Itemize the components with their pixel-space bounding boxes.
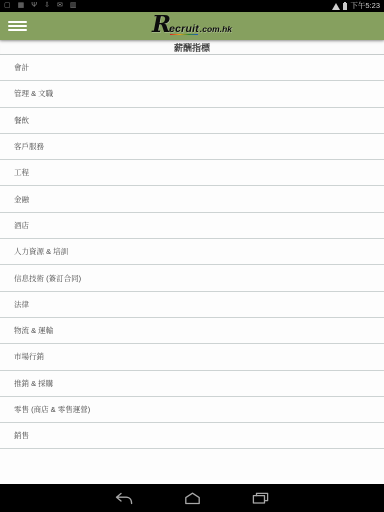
list-item-14[interactable]: 銷售 xyxy=(0,423,384,449)
recents-icon xyxy=(252,492,269,505)
list-item-label: 推銷 & 採購 xyxy=(14,378,53,389)
list-item-label: 銷售 xyxy=(14,430,29,441)
list-item-8[interactable]: 信息技術 (簽訂合同) xyxy=(0,265,384,291)
list-item-label: 金融 xyxy=(14,194,29,205)
grid-icon: ▦ xyxy=(18,1,25,11)
status-bar: ▢ ▦ Ψ ⇩ ✉ ▥ 下午5:23 xyxy=(0,0,384,12)
list-item-1[interactable]: 管理 & 文職 xyxy=(0,81,384,107)
back-button[interactable] xyxy=(113,490,135,506)
logo-domain-suffix: .com.hk xyxy=(200,24,232,34)
battery-icon xyxy=(343,3,347,10)
download-icon: ⇩ xyxy=(44,1,50,11)
wifi-icon xyxy=(332,3,340,10)
app-screen: ▢ ▦ Ψ ⇩ ✉ ▥ 下午5:23 R ecruit .com.hk 薪酬指標… xyxy=(0,0,384,512)
list-item-label: 工程 xyxy=(14,167,29,178)
home-icon xyxy=(184,492,201,505)
status-bar-clock: 下午5:23 xyxy=(350,0,380,12)
app-header: R ecruit .com.hk xyxy=(0,12,384,40)
list-item-7[interactable]: 人力資源 & 培訓 xyxy=(0,239,384,265)
list-item-6[interactable]: 酒店 xyxy=(0,213,384,239)
android-nav-bar xyxy=(0,484,384,512)
list-item-13[interactable]: 零售 (商店 & 零售運營) xyxy=(0,397,384,423)
list-item-label: 市場行銷 xyxy=(14,351,44,362)
list-item-12[interactable]: 推銷 & 採購 xyxy=(0,371,384,397)
home-button[interactable] xyxy=(181,490,203,506)
list-item-11[interactable]: 市場行銷 xyxy=(0,344,384,370)
list-item-label: 酒店 xyxy=(14,220,29,231)
list-item-2[interactable]: 餐飲 xyxy=(0,108,384,134)
list-item-9[interactable]: 法律 xyxy=(0,292,384,318)
list-item-label: 會計 xyxy=(14,62,29,73)
list-item-label: 管理 & 文職 xyxy=(14,88,53,99)
status-bar-system-area: 下午5:23 xyxy=(332,0,380,12)
category-list: 會計 管理 & 文職 餐飲 客戶服務 工程 金融 酒店 人力資源 & 培訓 信息… xyxy=(0,55,384,449)
list-item-4[interactable]: 工程 xyxy=(0,160,384,186)
logo-script-text: ecruit xyxy=(169,23,199,35)
list-item-label: 餐飲 xyxy=(14,115,29,126)
list-item-label: 人力資源 & 培訓 xyxy=(14,246,68,257)
list-item-label: 物流 & 運輸 xyxy=(14,325,53,336)
list-item-5[interactable]: 金融 xyxy=(0,186,384,212)
status-bar-notification-icons: ▢ ▦ Ψ ⇩ ✉ ▥ xyxy=(4,1,76,11)
list-item-label: 法律 xyxy=(14,299,29,310)
recents-button[interactable] xyxy=(249,490,271,506)
page-title: 薪酬指標 xyxy=(0,40,384,55)
list-item-0[interactable]: 會計 xyxy=(0,55,384,81)
list-item-label: 客戶服務 xyxy=(14,141,44,152)
screenshot-icon: ▢ xyxy=(4,1,11,11)
mail-icon: ✉ xyxy=(57,1,63,11)
storage-icon: ▥ xyxy=(70,1,77,11)
usb-icon: Ψ xyxy=(31,1,37,11)
logo-initial: R xyxy=(152,17,170,33)
list-item-10[interactable]: 物流 & 運輸 xyxy=(0,318,384,344)
list-item-label: 零售 (商店 & 零售運營) xyxy=(14,404,90,415)
hamburger-menu-icon[interactable] xyxy=(8,17,27,35)
back-icon xyxy=(115,492,133,505)
list-item-label: 信息技術 (簽訂合同) xyxy=(14,273,81,284)
recruit-logo: R ecruit .com.hk xyxy=(152,17,232,35)
list-item-3[interactable]: 客戶服務 xyxy=(0,134,384,160)
